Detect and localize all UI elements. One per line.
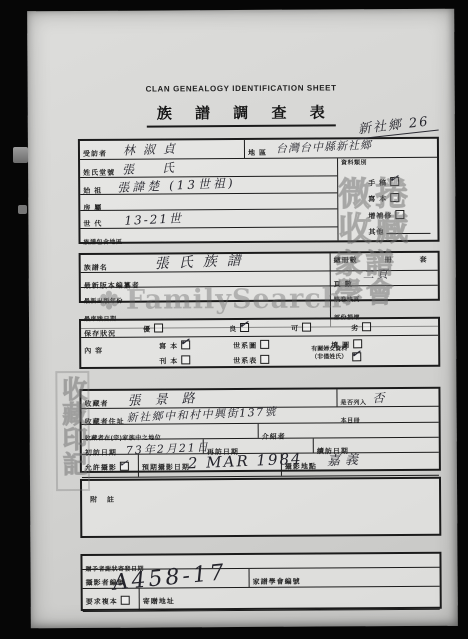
content-item-label: 有關婦女資料 （非僅姓氏） [311,346,347,361]
listed-handwriting: 否 [372,389,385,406]
checkbox [181,340,190,349]
content-lineage-chart: 世系圖 [233,340,269,351]
content-women-info: 有關婦女資料 （非僅姓氏） [311,346,361,361]
scanner-background: CLAN GENEALOGY IDENTIFICATION SHEET 族 譜 … [0,0,468,639]
section-holder-info: 收藏者 是否列入 本目冊 收藏者住址 收藏者在(宗)家族中之地位 介紹者 [79,387,441,473]
page-title: 族 譜 調 查 表 [147,101,336,127]
branch-cell: 房 屬 [80,193,337,211]
content-lineage-table: 世系表 [233,355,269,366]
condition-item-label: 劣 [351,325,359,332]
compiler-cell: 最新版本編纂者 [81,271,331,287]
generations-cell: 世 代 [80,209,337,229]
condition-fair: 可 [291,323,311,334]
generations-handwriting: 13-21世 [124,209,183,228]
category-item-label: 寫 本 [368,196,387,203]
photo-place-handwriting: 嘉義 [326,449,363,469]
blank-line [386,226,430,234]
checkbox [154,323,163,332]
checkbox [302,323,311,332]
coverage-cell: 族譜包含地區 [80,227,337,251]
category-label: 資料類別 [341,160,367,168]
content-item-label: 寫 本 [159,343,178,350]
section-genealogy-title: 族譜名 總冊數 冊 套 最新版本編纂者 頁 數 最新出版年份 最序跋日期 [79,251,440,303]
notes-label: 附 註 [90,495,118,505]
genealogy-title-label: 族譜名 [84,265,108,272]
category-item-label: 手 稿 [368,180,387,187]
checkbox [120,462,129,471]
condition-excellent: 優 [143,323,163,334]
category-item-copy: 寫 本 [368,193,399,204]
interviewee-handwriting: 林淑貞 [123,139,184,158]
photo-date-label: 預期攝影日期 [142,464,190,471]
surname-handwriting: 張 氏 [122,158,186,178]
content-item-label: 世系表 [233,358,257,365]
volumes-unit-set: 套 [420,255,428,268]
category-other: 其他 [368,226,430,237]
content-item-label: 世系圖 [233,343,257,350]
checkbox [352,352,361,361]
condition-item-label: 良 [229,326,237,333]
checkbox [260,340,269,349]
checkbox [390,177,399,186]
condition-good: 良 [229,323,249,334]
coverage-label: 族譜包含地區 [84,240,123,246]
listed-cell: 是否列入 本目冊 [337,389,438,407]
condition-item-label: 可 [291,326,299,333]
category-other-label: 其他 [368,229,384,236]
condition-poor: 劣 [351,322,371,333]
content-manuscript-copy: 寫 本 [159,340,190,351]
category-item-revised: 增補修 [368,210,404,221]
pages-handwriting: 二頁 [362,266,391,283]
checkbox [362,322,371,331]
contents-label: 內 容 [84,348,103,355]
condition-row: 保存狀況 優 良 可 劣 [81,319,438,338]
contents-row: 內 容 寫 本 世系圖 墳 圖 刊 本 世系表 有關婦女資料 （非僅姓氏） [81,336,438,360]
holder-label: 收藏者 [85,401,109,408]
document-paper: CLAN GENEALOGY IDENTIFICATION SHEET 族 譜 … [27,9,458,629]
section-condition-contents: 保存狀況 優 良 可 劣 內 容 寫 本 世系圖 墳 圖 刊 本 世系表 有關婦… [79,317,440,369]
mail-address-cell: 寄贈地址 [140,587,440,611]
category-item-label: 增補修 [368,213,392,220]
condition-label-cell: 保存狀況 [81,321,119,337]
checkbox [390,193,399,202]
society-number-cell: 家譜學會編號 [250,568,440,587]
surname-label: 姓氏堂號 [83,170,115,177]
category-item-manuscript: 手 稿 [368,177,399,188]
checkbox [395,210,404,219]
area-label: 地 區 [248,150,267,157]
checkbox [260,355,269,364]
condition-item-label: 優 [143,327,151,334]
genealogy-title-handwriting: 張氏族譜 [154,249,251,273]
introducer-cell: 介紹者 [259,423,439,438]
contents-label-cell: 內 容 [81,338,106,360]
thanks-cell: 贈予者謝狀寄發日期 [82,554,439,569]
content-item-label: 刊 本 [159,358,178,365]
generations-label: 世 代 [83,221,102,228]
section-notes: 附 註 [80,477,441,538]
content-printed: 刊 本 [159,355,190,366]
position-cell: 收藏者在(宗)家族中之地位 [82,424,259,439]
photo-permit-label: 允許攝影 [85,465,117,472]
volumes-label: 總冊數 [334,255,358,268]
english-header: CLAN GENEALOGY IDENTIFICATION SHEET [28,83,455,95]
section-basic-info: 受訪者 地 區 姓氏堂號 始 祖 房 屬 [78,137,440,244]
society-number-label: 家譜學會編號 [253,579,301,586]
data-category-column: 資料類別 手 稿 寫 本 增補修 其他 [338,158,437,241]
section-office-use: 贈予者謝狀寄發日期 攝影者編號 家譜學會編號 要求複本 寄贈地址 A458- [80,552,441,611]
scan-artifact [13,147,28,163]
basic-left-column: 姓氏堂號 始 祖 房 屬 世 代 族譜包含地區 [80,158,338,242]
checkbox [121,596,130,605]
checkbox [240,323,249,332]
copy-request-label: 要求複本 [86,599,118,606]
mail-address-label: 寄贈地址 [143,598,175,605]
interviewee-label: 受訪者 [83,151,107,158]
scan-artifact [18,205,27,214]
checkbox [181,355,190,364]
